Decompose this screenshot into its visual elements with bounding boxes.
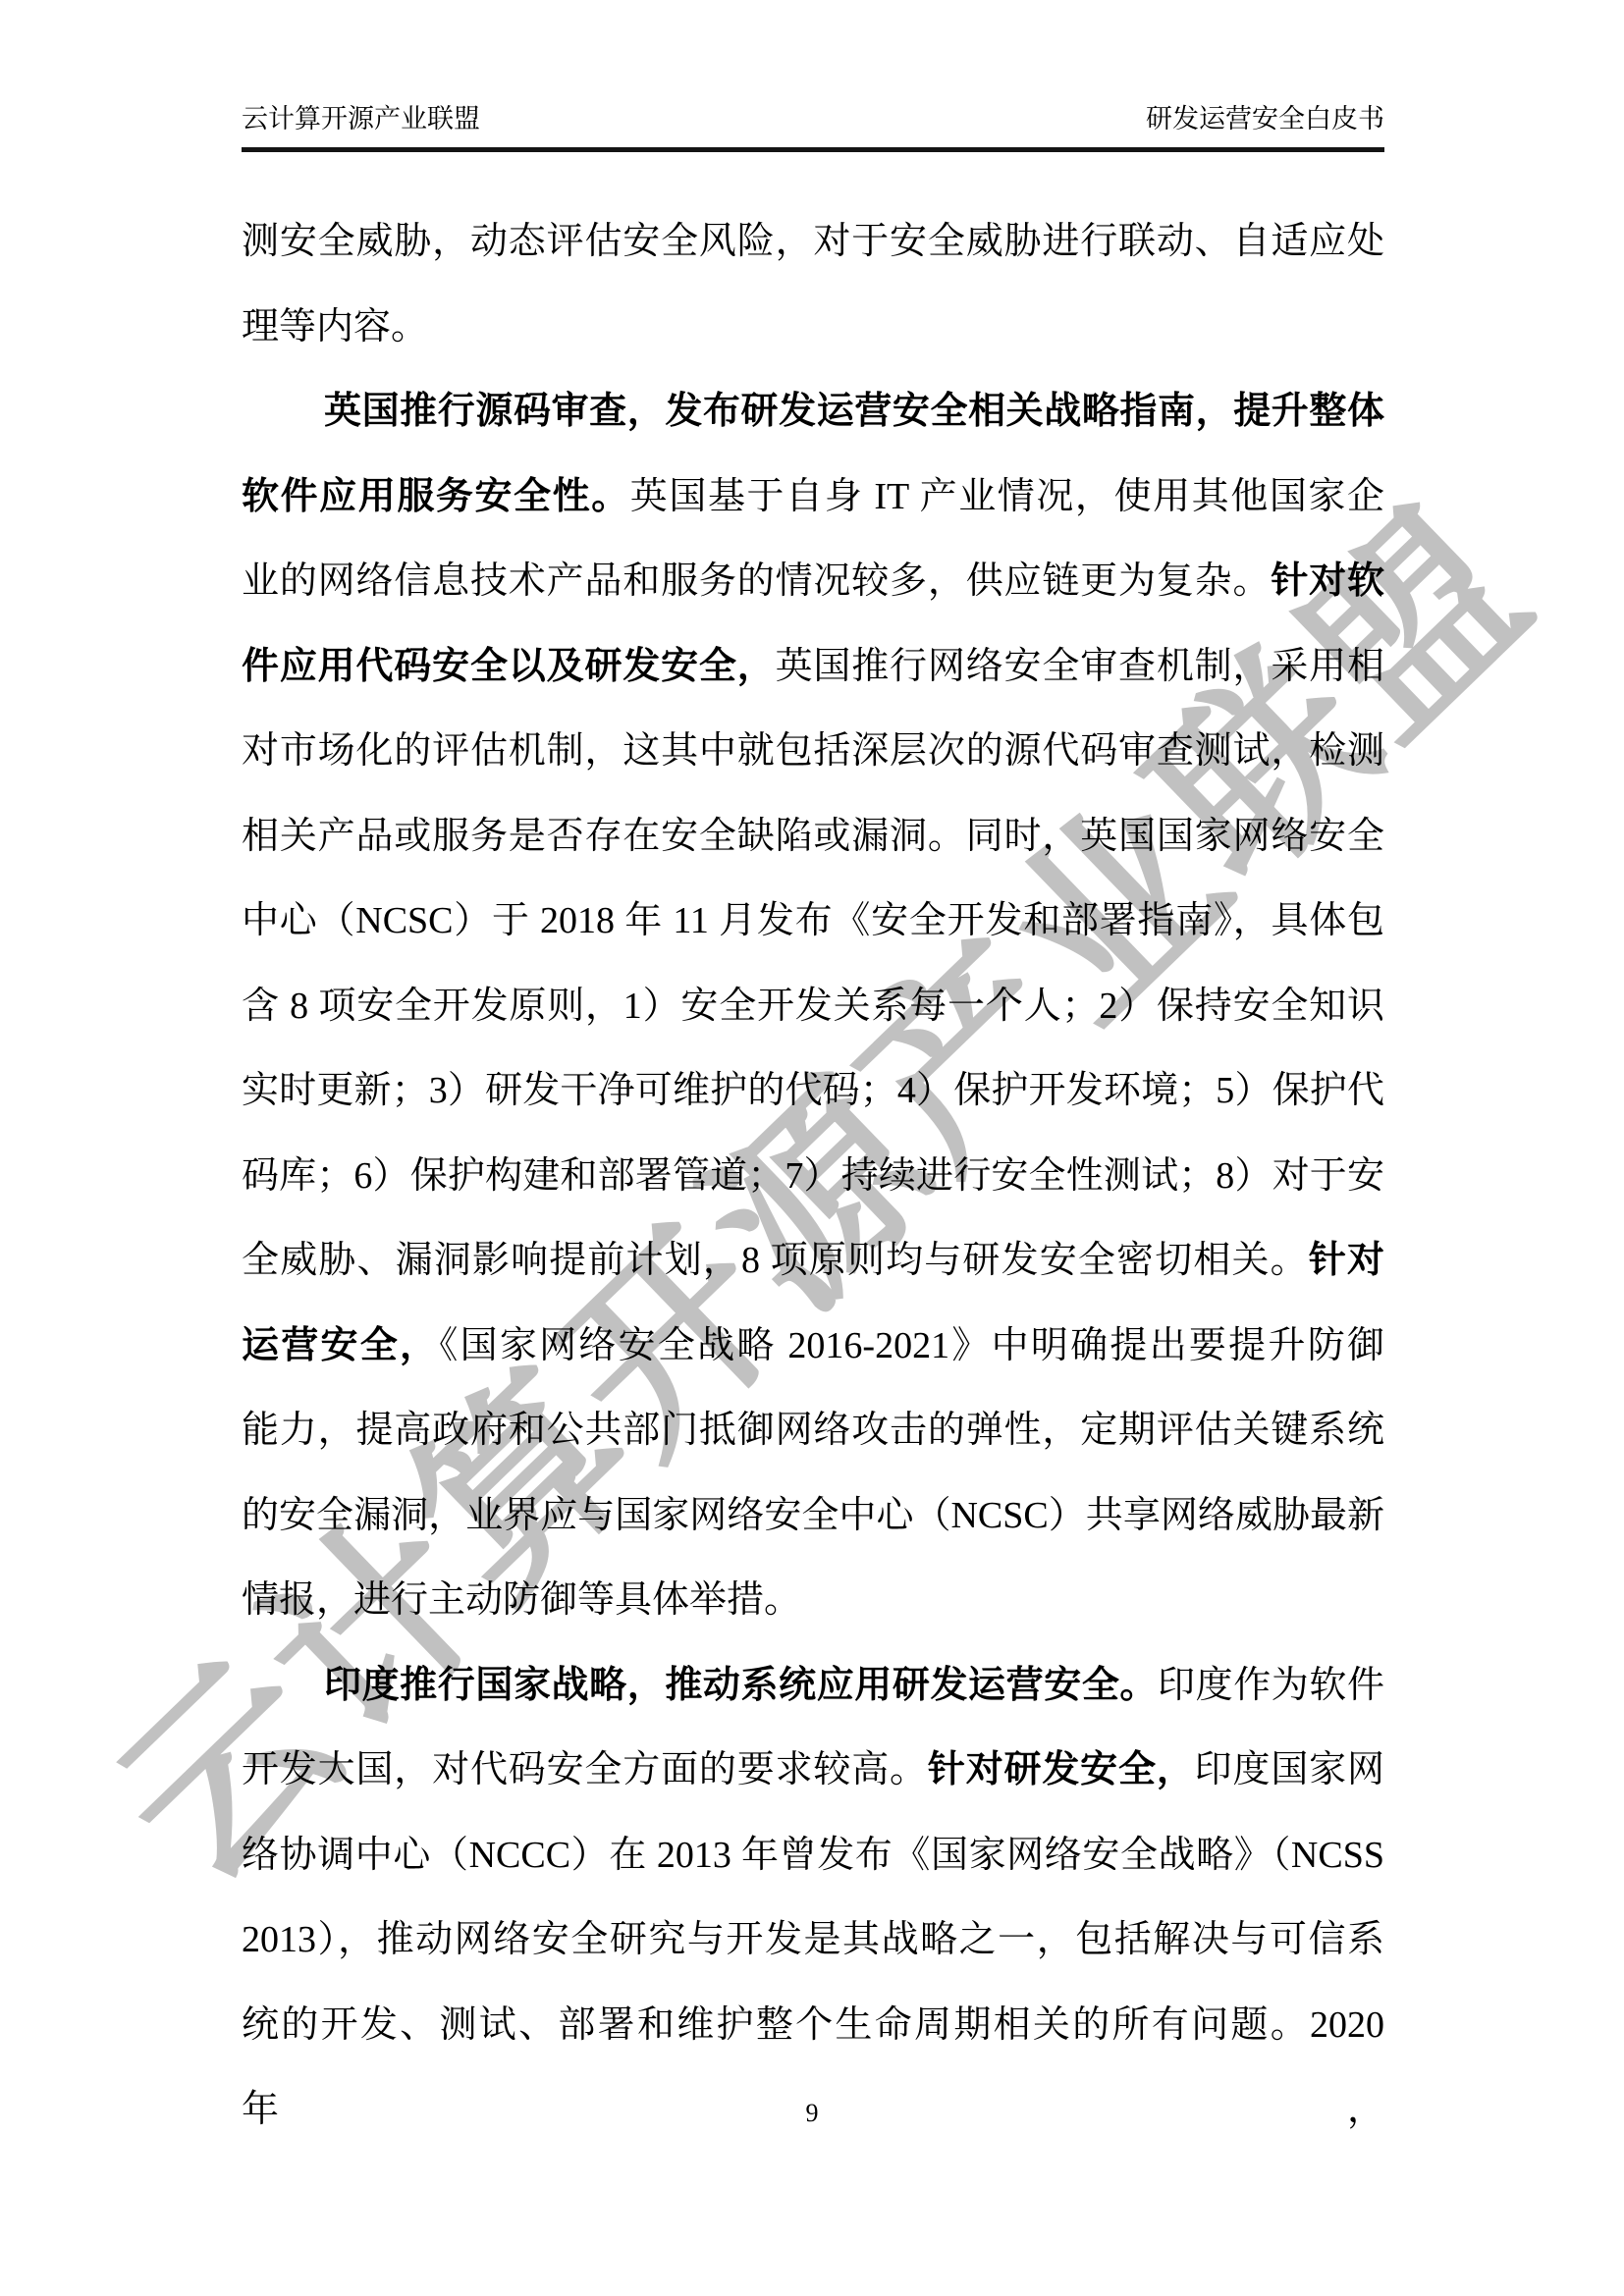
text-line: 中心（NCSC）于 2018 年 11 月发布《安全开发和部署指南》，具体包 [242,879,1384,964]
text-run: 实时更新；3）研发干净可维护的代码；4）保护开发环境；5）保护代 [242,1070,1384,1111]
text-line: 理等内容。 [242,285,1384,370]
text-run: 码库；6）保护构建和部署管道；7）持续进行安全性测试；8）对于安 [242,1155,1384,1197]
page-footer: 9 [0,2099,1624,2128]
text-run: 测安全威胁，动态评估安全风险，对于安全威胁进行联动、自适应处 [242,221,1384,262]
text-run: 络协调中心（NCCC）在 2013 年曾发布《国家网络安全战略》（NCSS [242,1835,1384,1876]
text-line: 业的网络信息技术产品和服务的情况较多，供应链更为复杂。针对软 [242,539,1384,624]
text-run: 《国家网络安全战略 2016-2021》中明确提出要提升防御 [439,1325,1384,1366]
text-run: 业的网络信息技术产品和服务的情况较多，供应链更为复杂。 [242,561,1271,602]
text-line: 英国推行源码审查，发布研发运营安全相关战略指南，提升整体 [242,369,1384,454]
text-run: 中心（NCSC）于 2018 年 11 月发布《安全开发和部署指南》，具体包 [242,900,1384,941]
text-run: 情报，进行主动防御等具体举措。 [242,1579,801,1621]
bold-text-run: 件应用代码安全以及研发安全， [242,646,776,687]
bold-text-run: 软件应用服务安全性。 [242,476,630,517]
bold-text-run: 针对研发安全， [928,1749,1195,1790]
text-line: 全威胁、漏洞影响提前计划，8 项原则均与研发安全密切相关。针对 [242,1218,1384,1304]
text-run: 理等内容。 [242,306,428,347]
document-body: 测安全威胁，动态评估安全风险，对于安全威胁进行联动、自适应处理等内容。英国推行源… [242,199,1384,2153]
text-line: 相关产品或服务是否存在安全缺陷或漏洞。同时，英国国家网络安全 [242,794,1384,880]
text-line: 对市场化的评估机制，这其中就包括深层次的源代码审查测试，检测 [242,709,1384,794]
text-line: 情报，进行主动防御等具体举措。 [242,1558,1384,1643]
bold-text-run: 针对 [1309,1240,1384,1281]
text-line: 件应用代码安全以及研发安全，英国推行网络安全审查机制，采用相 [242,624,1384,710]
text-line: 络协调中心（NCCC）在 2013 年曾发布《国家网络安全战略》（NCSS [242,1813,1384,1898]
bold-text-run: 印度推行国家战略，推动系统应用研发运营安全。 [324,1665,1158,1706]
text-run: 相关产品或服务是否存在安全缺陷或漏洞。同时，英国国家网络安全 [242,816,1384,857]
text-line: 含 8 项安全开发原则，1）安全开发关系每一个人；2）保持安全知识 [242,964,1384,1049]
text-line: 码库；6）保护构建和部署管道；7）持续进行安全性测试；8）对于安 [242,1134,1384,1219]
text-run: 含 8 项安全开发原则，1）安全开发关系每一个人；2）保持安全知识 [242,986,1384,1027]
text-run: 能力，提高政府和公共部门抵御网络攻击的弹性，定期评估关键系统 [242,1410,1384,1451]
header-doc-title: 研发运营安全白皮书 [1146,104,1384,133]
text-run: 印度国家网 [1195,1749,1384,1790]
bold-text-run: 针对软 [1271,561,1384,602]
text-run: 英国基于自身 IT 产业情况，使用其他国家企 [630,476,1384,517]
text-run: 对市场化的评估机制，这其中就包括深层次的源代码审查测试，检测 [242,730,1384,772]
text-line: 软件应用服务安全性。英国基于自身 IT 产业情况，使用其他国家企 [242,454,1384,540]
bold-text-run: 英国推行源码审查，发布研发运营安全相关战略指南，提升整体 [324,391,1384,432]
text-run: 英国推行网络安全审查机制，采用相 [776,646,1384,687]
text-line: 2013），推动网络安全研究与开发是其战略之一，包括解决与可信系 [242,1897,1384,1983]
page-header: 云计算开源产业联盟 研发运营安全白皮书 [242,104,1384,152]
text-line: 的安全漏洞，业界应与国家网络安全中心（NCSC）共享网络威胁最新 [242,1473,1384,1559]
text-line: 开发大国，对代码安全方面的要求较高。针对研发安全，印度国家网 [242,1728,1384,1813]
text-line: 印度推行国家战略，推动系统应用研发运营安全。印度作为软件 [242,1643,1384,1729]
text-line: 能力，提高政府和公共部门抵御网络攻击的弹性，定期评估关键系统 [242,1388,1384,1473]
page-number: 9 [806,2099,819,2127]
text-line: 测安全威胁，动态评估安全风险，对于安全威胁进行联动、自适应处 [242,199,1384,285]
bold-text-run: 运营安全， [242,1325,439,1366]
header-org-title: 云计算开源产业联盟 [242,104,480,133]
text-run: 的安全漏洞，业界应与国家网络安全中心（NCSC）共享网络威胁最新 [242,1495,1384,1536]
text-run: 开发大国，对代码安全方面的要求较高。 [242,1749,928,1790]
text-line: 实时更新；3）研发干净可维护的代码；4）保护开发环境；5）保护代 [242,1048,1384,1134]
text-run: 2013），推动网络安全研究与开发是其战略之一，包括解决与可信系 [242,1919,1384,1960]
text-line: 运营安全，《国家网络安全战略 2016-2021》中明确提出要提升防御 [242,1304,1384,1389]
text-run: 印度作为软件 [1158,1665,1384,1706]
text-run: 全威胁、漏洞影响提前计划，8 项原则均与研发安全密切相关。 [242,1240,1309,1281]
document-page: 云计算开源产业联盟 云计算开源产业联盟 研发运营安全白皮书 测安全威胁，动态评估… [0,0,1624,2296]
